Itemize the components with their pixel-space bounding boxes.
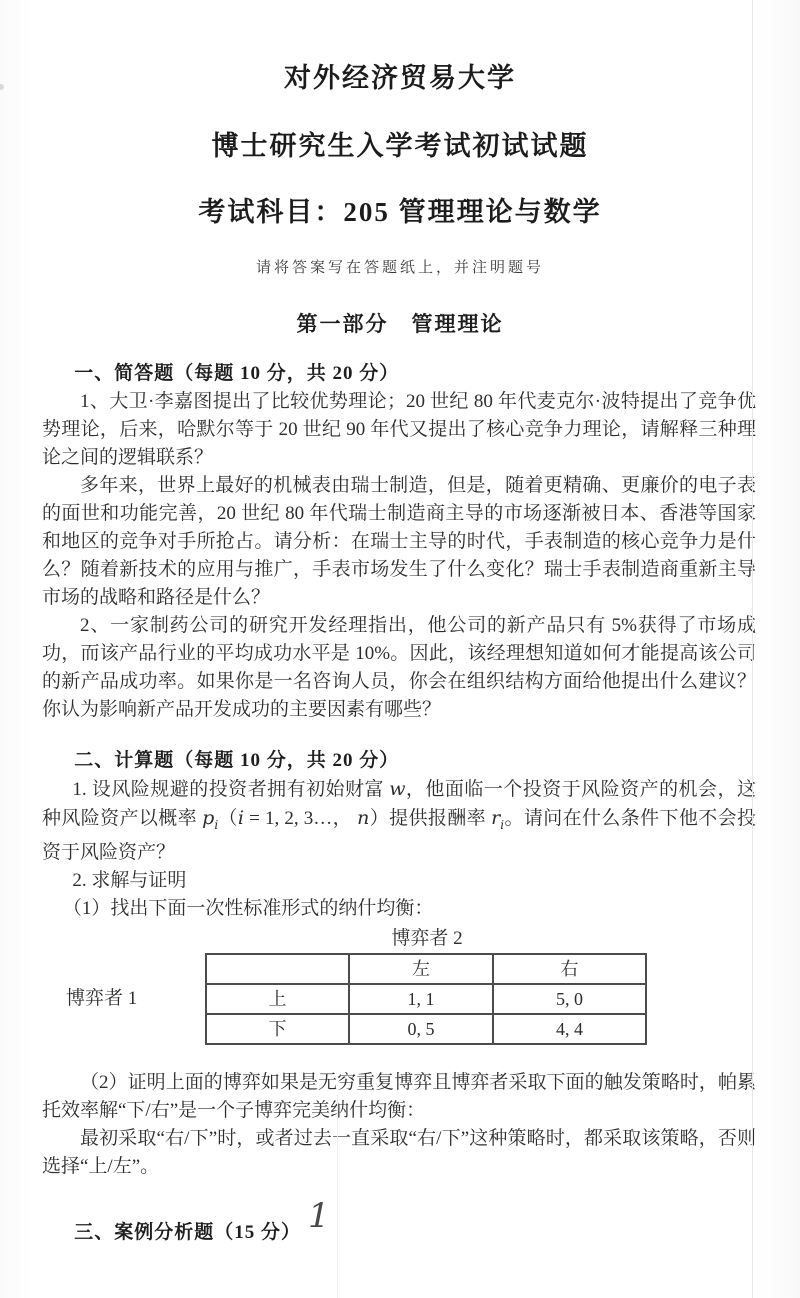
section1-heading: 一、简答题（每题 10 分，共 20 分） (42, 360, 756, 388)
matrix-col-header-right: 右 (493, 954, 646, 984)
var-n: n (357, 807, 369, 829)
payoff-cell-up-left: 1, 1 (349, 984, 493, 1014)
payoff-matrix-table: 左 右 上 1, 1 5, 0 下 0, 5 4, 4 (205, 953, 647, 1045)
player2-label: 博弈者 2 (203, 925, 651, 953)
matrix-col-header-left: 左 (349, 954, 493, 984)
section2-question2-part1: （1）找出下面一次性标准形式的纳什均衡： (42, 895, 756, 923)
section3-heading: 三、案例分析题（15 分） (42, 1219, 756, 1247)
matrix-row-header-down: 下 (206, 1014, 349, 1044)
game-matrix-row: 博弈者 1 左 右 上 1, 1 5, 0 (42, 953, 756, 1045)
subject-line: 考试科目：205 管理理论与数学 (0, 190, 800, 229)
q1-text-pre: 1. 设风险规避的投资者拥有初始财富 (72, 779, 389, 800)
section1-question2-text: 2、一家制药公司的研究开发经理指出，他公司的新产品只有 5%获得了市场成功，而该… (42, 612, 756, 724)
paren-close-text: ）提供报酬率 (369, 808, 491, 829)
exam-body: 一、简答题（每题 10 分，共 20 分） 1、大卫·李嘉图提出了比较优势理论；… (0, 360, 800, 1247)
matrix-corner-cell (206, 954, 349, 984)
part-one-heading: 第一部分 管理理论 (0, 308, 800, 338)
university-title: 对外经济贸易大学 (0, 0, 800, 95)
section2-question2-part2: （2）证明上面的博弈如果是无穷重复博弈且博弈者采取下面的触发策略时，帕累托效率解… (42, 1069, 756, 1125)
payoff-cell-up-right: 5, 0 (493, 984, 646, 1014)
paren-open: （ (218, 808, 238, 829)
handwritten-page-number: 1 (308, 1196, 330, 1236)
index-range: = 1, 2, 3…， (244, 808, 357, 829)
section1-question1-text: 1、大卫·李嘉图提出了比较优势理论；20 世纪 80 年代麦克尔·波特提出了竞争… (42, 388, 756, 472)
answer-instruction-note: 请将答案写在答题纸上，并注明题号 (0, 256, 800, 277)
var-r: r (491, 807, 500, 829)
section2-heading: 二、计算题（每题 10 分，共 20 分） (42, 747, 756, 775)
section1-question1-case: 多年来，世界上最好的机械表由瑞士制造，但是，随着更精确、更廉价的电子表的面世和功… (42, 472, 756, 612)
matrix-row-up: 上 1, 1 5, 0 (206, 984, 646, 1014)
matrix-row-header-up: 上 (206, 984, 349, 1014)
scan-artifact-line-right (752, 0, 753, 1298)
section2-trigger-strategy: 最初采取“右/下”时，或者过去一直采取“右/下”这种策略时，都采取该策略，否则选… (42, 1125, 756, 1181)
exam-paper-page: 对外经济贸易大学 博士研究生入学考试初试试题 考试科目：205 管理理论与数学 … (0, 0, 800, 1298)
matrix-header-row: 左 右 (206, 954, 646, 984)
game-matrix-block: 博弈者 2 博弈者 1 左 右 上 1, 1 5, 0 (42, 925, 756, 1045)
var-p: p (202, 807, 214, 829)
matrix-row-down: 下 0, 5 4, 4 (206, 1014, 646, 1044)
payoff-cell-down-left: 0, 5 (349, 1014, 493, 1044)
player1-label: 博弈者 1 (42, 985, 205, 1013)
exam-title: 博士研究生入学考试初试试题 (0, 124, 800, 163)
var-w: w (389, 778, 405, 800)
payoff-cell-down-right: 4, 4 (493, 1014, 646, 1044)
scan-artifact-line-bottom (337, 1095, 338, 1298)
section2-question2-line: 2. 求解与证明 (42, 867, 756, 895)
section2-question1-text: 1. 设风险规避的投资者拥有初始财富 w，他面临一个投资于风险资产的机会，这种风… (42, 775, 756, 867)
